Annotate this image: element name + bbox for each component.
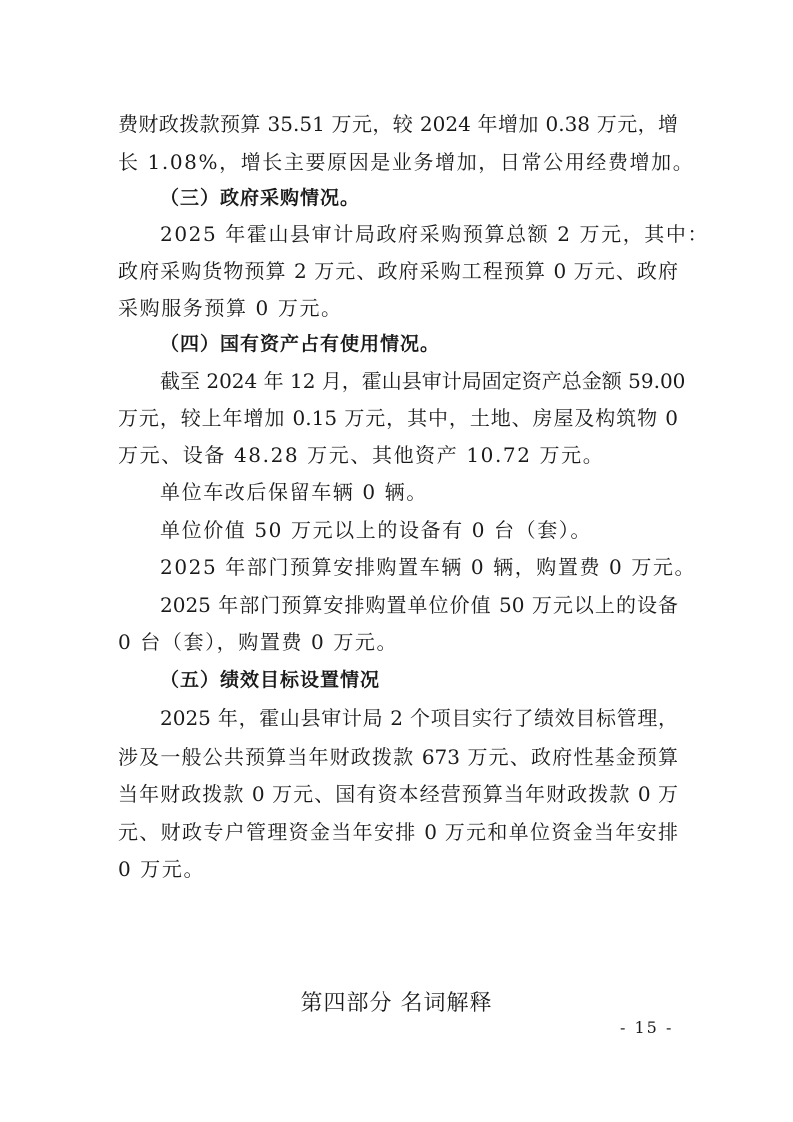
paragraph-line: 2025 年部门预算安排购置单位价值 50 万元以上的设备: [160, 593, 678, 617]
paragraph-line: 0 台（套），购置费 0 万元。: [118, 630, 678, 654]
paragraph-line: 0 万元。: [118, 857, 678, 881]
paragraph-line: 截至 2024 年 12 月，霍山县审计局固定资产总金额 59.00: [160, 369, 678, 393]
part-heading: 第四部分 名词解释: [0, 986, 793, 1017]
section-heading-performance: （五）绩效目标设置情况: [160, 668, 678, 692]
paragraph-line: 长 1.08%，增长主要原因是业务增加，日常公用经费增加。: [118, 150, 678, 174]
section-heading-assets: （四）国有资产占有使用情况。: [160, 332, 678, 356]
paragraph-line: 2025 年霍山县审计局政府采购预算总额 2 万元，其中：: [160, 222, 678, 246]
paragraph-line: 当年财政拨款 0 万元、国有资本经营预算当年财政拨款 0 万: [118, 782, 678, 806]
paragraph-line: 采购服务预算 0 万元。: [118, 296, 678, 320]
paragraph-line: 万元、设备 48.28 万元、其他资产 10.72 万元。: [118, 443, 678, 467]
paragraph-line: 元、财政专户管理资金当年安排 0 万元和单位资金当年安排: [118, 820, 678, 844]
section-heading-procurement: （三）政府采购情况。: [160, 186, 678, 210]
paragraph-line: 万元，较上年增加 0.15 万元，其中，土地、房屋及构筑物 0: [118, 406, 678, 430]
paragraph-line: 2025 年部门预算安排购置车辆 0 辆，购置费 0 万元。: [160, 555, 678, 579]
paragraph-line: 单位价值 50 万元以上的设备有 0 台（套）。: [160, 518, 678, 542]
paragraph-line: 涉及一般公共预算当年财政拨款 673 万元、政府性基金预算: [118, 745, 678, 769]
paragraph-line: 单位车改后保留车辆 0 辆。: [160, 480, 678, 504]
paragraph-line: 费财政拨款预算 35.51 万元，较 2024 年增加 0.38 万元，增: [118, 112, 678, 136]
page-number: - 15 -: [620, 1018, 673, 1037]
paragraph-line: 2025 年，霍山县审计局 2 个项目实行了绩效目标管理，: [160, 706, 678, 730]
paragraph-line: 政府采购货物预算 2 万元、政府采购工程预算 0 万元、政府: [118, 259, 678, 283]
